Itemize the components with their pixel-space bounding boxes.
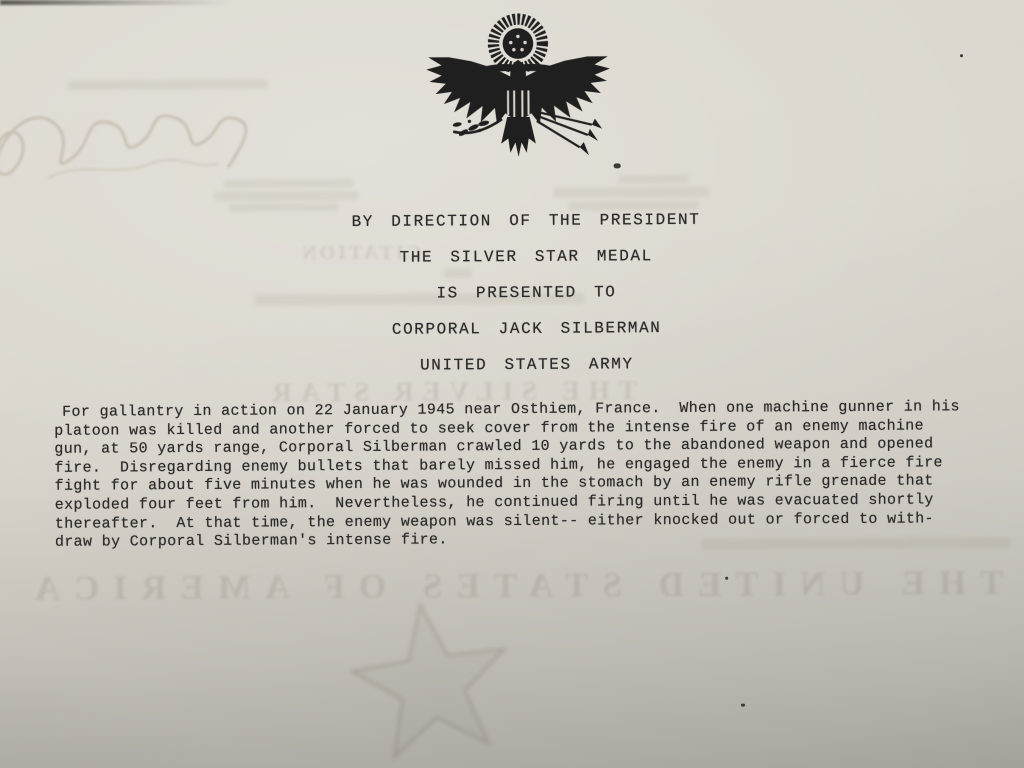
bleedthrough-smudge [214, 191, 359, 201]
heading-recipient-name: CORPORAL JACK SILBERMAN [30, 317, 1024, 341]
document-photo: CITATION THE SILVER STAR THE UNITED STAT… [0, 0, 1024, 768]
photo-top-edge-shadow [0, 0, 230, 5]
bleedthrough-star-outline [311, 600, 552, 768]
bleedthrough-signature-scribble [0, 81, 369, 223]
bleedthrough-smudge [619, 175, 689, 183]
citation-body: For gallantry in action on 22 January 19… [54, 398, 1005, 553]
heading-presented-to: IS PRESENTED TO [29, 281, 1023, 305]
bleedthrough-smudge [569, 201, 699, 211]
great-seal-eagle-icon [416, 3, 621, 174]
bleedthrough-smudge [229, 203, 339, 212]
bleedthrough-smudge [224, 179, 354, 188]
ink-speck [960, 54, 963, 57]
ink-speck [741, 704, 745, 707]
citation-heading: BY DIRECTION OF THE PRESIDENT THE SILVER… [29, 209, 1024, 395]
ink-speck [725, 577, 728, 580]
heading-medal-name: THE SILVER STAR MEDAL [29, 245, 1023, 269]
bleedthrough-smudge [68, 79, 268, 89]
heading-by-direction: BY DIRECTION OF THE PRESIDENT [29, 209, 1023, 233]
heading-service-branch: UNITED STATES ARMY [30, 353, 1024, 377]
ink-speck [614, 163, 621, 168]
bleedthrough-smudge [554, 187, 709, 198]
bleedthrough-united-states-text: THE UNITED STATES OF AMERICA [5, 563, 1019, 609]
document-sheet: CITATION THE SILVER STAR THE UNITED STAT… [0, 0, 1024, 768]
